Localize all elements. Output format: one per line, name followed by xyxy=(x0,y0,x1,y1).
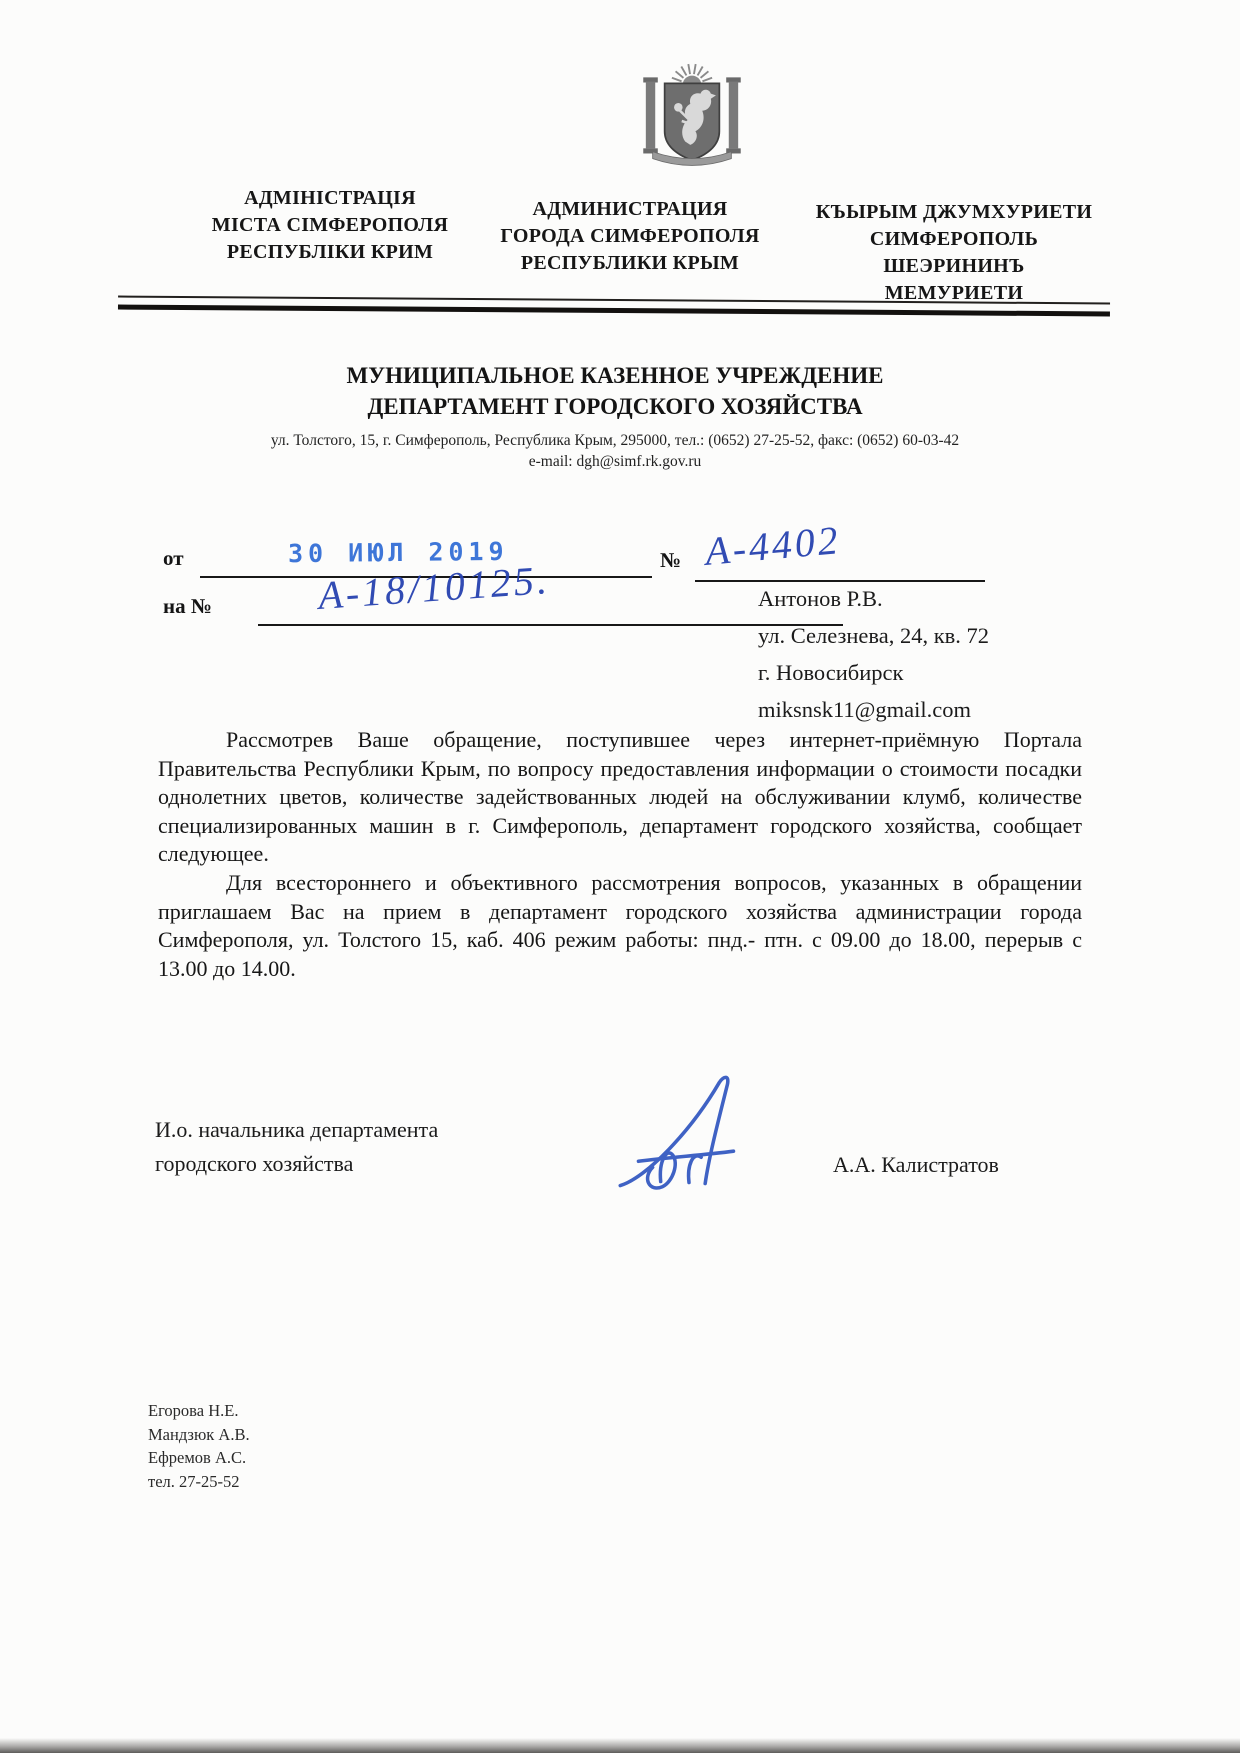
institution-email: e-mail: dgh@simf.rk.gov.ru xyxy=(100,451,1130,472)
institution-contacts: ул. Толстого, 15, г. Симферополь, Респуб… xyxy=(100,430,1130,472)
org-name-crimean-tatar: КЪЫРЫМ ДЖУМХУРИЕТИ СИМФЕРОПОЛЬ ШЕЭРИНИНЪ… xyxy=(798,199,1110,307)
scan-edge-artifact xyxy=(0,1738,1240,1753)
executor-1: Егорова Н.Е. xyxy=(148,1399,250,1423)
executor-3: Ефремов А.С. xyxy=(148,1446,250,1470)
signer-position-line2: городского хозяйства xyxy=(155,1147,438,1181)
scanned-letter-page: АДМІНІСТРАЦІЯ МІСТА СІМФЕРОПОЛЯ РЕСПУБЛІ… xyxy=(0,0,1240,1753)
recipient-block: Антонов Р.В. ул. Селезнева, 24, кв. 72 г… xyxy=(758,580,989,728)
org-ru-line1: АДМИНИСТРАЦИЯ xyxy=(475,196,785,223)
from-label: от xyxy=(163,546,184,571)
org-ua-line3: РЕСПУБЛІКИ КРИМ xyxy=(200,239,460,266)
recipient-email: miksnsk11@gmail.com xyxy=(758,691,989,728)
pearl xyxy=(674,103,683,112)
org-crh-line2: СИМФЕРОПОЛЬ xyxy=(798,226,1110,253)
divider-thick-line xyxy=(118,305,1110,317)
reply-label: на № xyxy=(163,594,212,619)
org-ua-line1: АДМІНІСТРАЦІЯ xyxy=(200,185,460,212)
number-label: № xyxy=(660,548,681,573)
institution-title: МУНИЦИПАЛЬНОЕ КАЗЕННОЕ УЧРЕЖДЕНИЕ ДЕПАРТ… xyxy=(120,360,1110,422)
org-crh-line3: ШЕЭРИНИНЪ xyxy=(798,253,1110,280)
executor-2: Мандзюк А.В. xyxy=(148,1423,250,1447)
recipient-street: ул. Селезнева, 24, кв. 72 xyxy=(758,617,989,654)
recipient-name: Антонов Р.В. xyxy=(758,580,989,617)
recipient-city: г. Новосибирск xyxy=(758,654,989,691)
executors-block: Егорова Н.Е. Мандзюк А.В. Ефремов А.С. т… xyxy=(148,1399,250,1493)
org-ru-line2: ГОРОДА СИМФЕРОПОЛЯ xyxy=(475,223,785,250)
executor-phone: тел. 27-25-52 xyxy=(148,1470,250,1494)
org-name-ukrainian: АДМІНІСТРАЦІЯ МІСТА СІМФЕРОПОЛЯ РЕСПУБЛІ… xyxy=(200,185,460,266)
institution-title-line2: ДЕПАРТАМЕНТ ГОРОДСКОГО ХОЗЯЙСТВА xyxy=(120,391,1110,422)
signer-position: И.о. начальника департамента городского … xyxy=(155,1113,438,1181)
body-paragraph-1: Рассмотрев Ваше обращение, поступившее ч… xyxy=(158,726,1082,869)
org-name-russian: АДМИНИСТРАЦИЯ ГОРОДА СИМФЕРОПОЛЯ РЕСПУБЛ… xyxy=(475,196,785,277)
org-crh-line1: КЪЫРЫМ ДЖУМХУРИЕТИ xyxy=(798,199,1110,226)
institution-address: ул. Толстого, 15, г. Симферополь, Респуб… xyxy=(100,430,1130,451)
signer-name: А.А. Калистратов xyxy=(833,1152,999,1178)
institution-title-line1: МУНИЦИПАЛЬНОЕ КАЗЕННОЕ УЧРЕЖДЕНИЕ xyxy=(120,360,1110,391)
org-ru-line3: РЕСПУБЛИКИ КРЫМ xyxy=(475,250,785,277)
letter-body: Рассмотрев Ваше обращение, поступившее ч… xyxy=(158,726,1082,983)
signature-icon xyxy=(598,1068,780,1200)
org-ua-line2: МІСТА СІМФЕРОПОЛЯ xyxy=(200,212,460,239)
signer-position-line1: И.о. начальника департамента xyxy=(155,1113,438,1147)
crimea-coat-of-arms-icon xyxy=(640,56,744,174)
body-paragraph-2: Для всестороннего и объективного рассмот… xyxy=(158,869,1082,983)
